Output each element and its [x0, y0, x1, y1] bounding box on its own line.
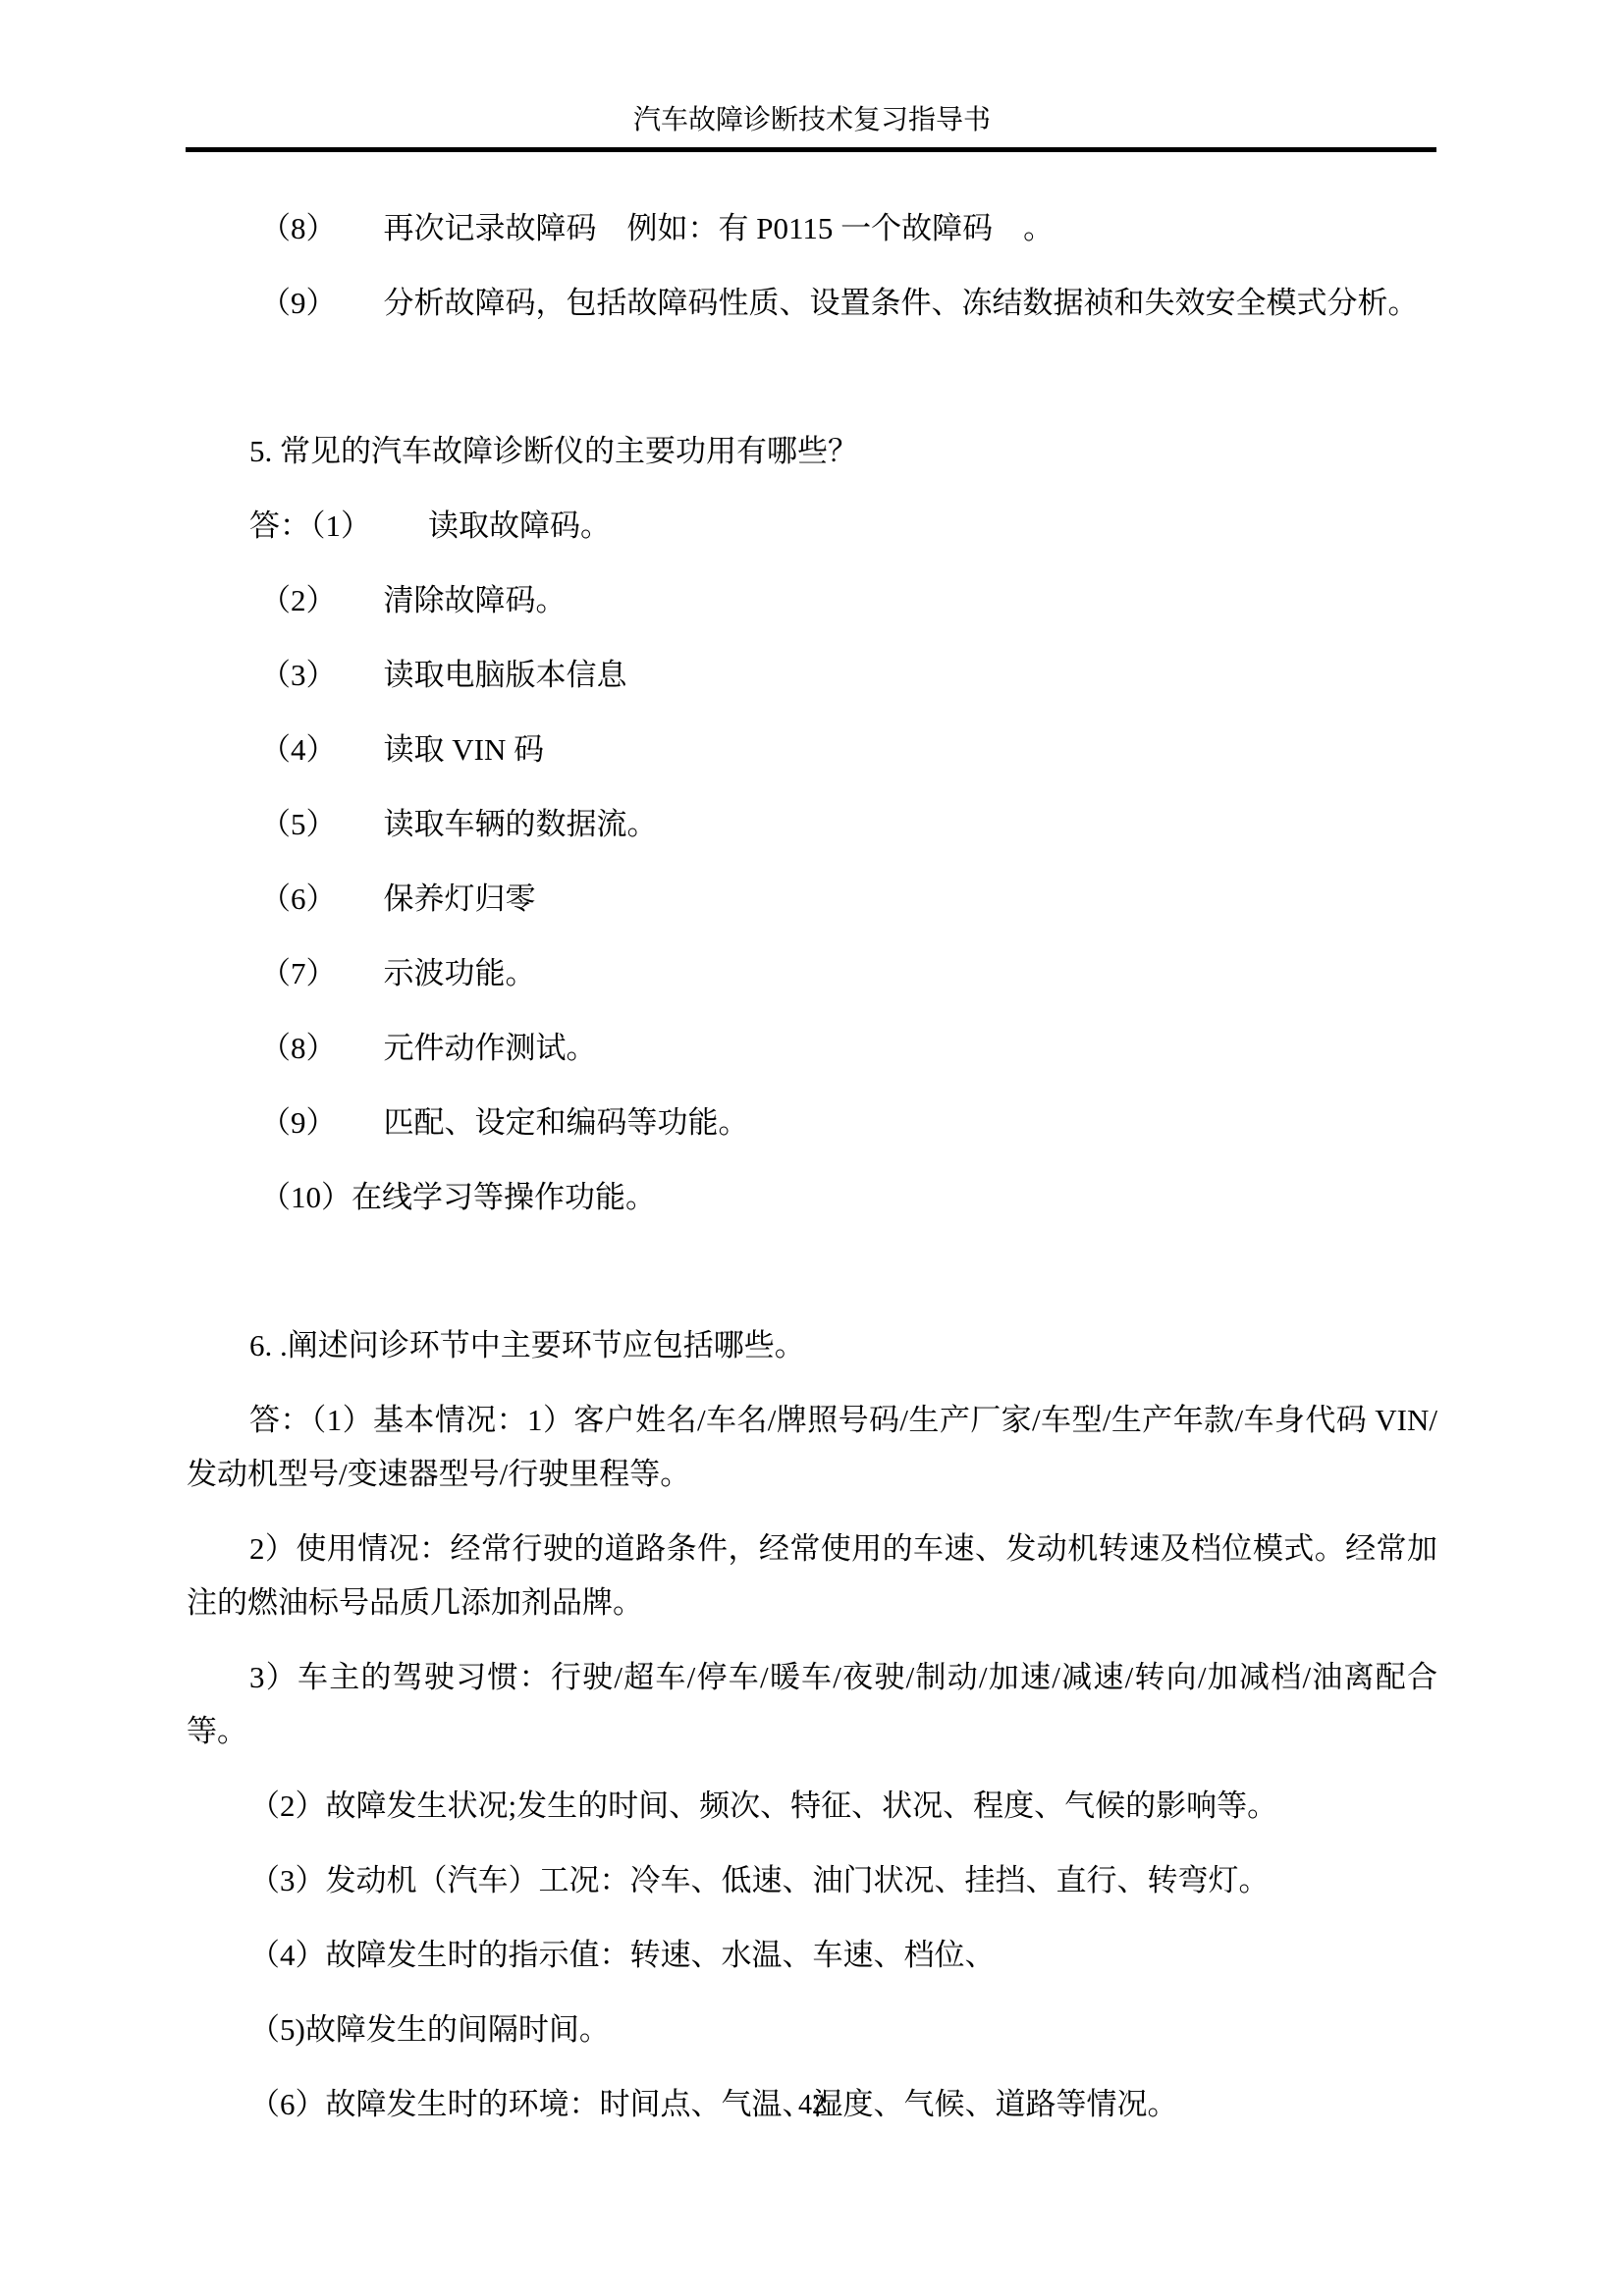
answer-paragraph: 答：（1）基本情况：1）客户姓名/车名/牌照号码/生产厂家/车型/生产年款/车身… [187, 1393, 1437, 1501]
answer-paragraph: 3）车主的驾驶习惯：行驶/超车/停车/暖车/夜驶/制动/加速/减速/转向/加减档… [187, 1650, 1437, 1758]
item-number: （2） [260, 583, 337, 617]
list-item: （8）再次记录故障码 例如：有 P0115 一个故障码 。 [187, 201, 1437, 255]
question-5-heading: 5. 常见的汽车故障诊断仪的主要功用有哪些？ [187, 424, 1437, 478]
item-number: （6） [260, 881, 337, 916]
list-item: （10）在线学习等操作功能。 [187, 1170, 1437, 1224]
item-number: （8） [260, 1031, 337, 1065]
item-text: 读取 VIN 码 [384, 732, 545, 767]
blank-line [187, 350, 1437, 424]
page-number: 42 [0, 2089, 1624, 2122]
list-item: （6）保养灯归零 [187, 872, 1437, 926]
item-text: 元件动作测试。 [384, 1031, 597, 1065]
item-number: （9） [260, 1105, 337, 1140]
answer-label: 答：（1） [249, 508, 371, 543]
question-6-heading: 6. .阐述问诊环节中主要环节应包括哪些。 [187, 1318, 1437, 1372]
item-number: （3） [260, 658, 337, 692]
item-text: 分析故障码，包括故障码性质、设置条件、冻结数据祯和失效安全模式分析。 [384, 286, 1419, 320]
answer-text: 读取故障码。 [428, 508, 611, 543]
page-content: （8）再次记录故障码 例如：有 P0115 一个故障码 。 （9）分析故障码，包… [187, 201, 1437, 2152]
item-text: 匹配、设定和编码等功能。 [384, 1105, 749, 1140]
list-item: （4）读取 VIN 码 [187, 722, 1437, 776]
list-item: （3）读取电脑版本信息 [187, 648, 1437, 702]
item-text: 读取车辆的数据流。 [384, 807, 658, 841]
document-page: 汽车故障诊断技术复习指导书 （8）再次记录故障码 例如：有 P0115 一个故障… [0, 0, 1624, 2296]
item-text: 保养灯归零 [384, 881, 536, 916]
item-text: 再次记录故障码 例如：有 P0115 一个故障码 。 [384, 211, 1055, 245]
blank-line [187, 1245, 1437, 1318]
list-item: （5）读取车辆的数据流。 [187, 797, 1437, 851]
item-text: 读取电脑版本信息 [384, 658, 627, 692]
header-rule [186, 147, 1436, 152]
answer-paragraph: （3）发动机（汽车）工况：冷车、低速、油门状况、挂挡、直行、转弯灯。 [187, 1853, 1437, 1907]
answer-paragraph: （2）故障发生状况;发生的时间、频次、特征、状况、程度、气候的影响等。 [187, 1779, 1437, 1833]
item-number: （9） [260, 286, 337, 320]
answer-paragraph: （5)故障发生的间隔时间。 [187, 2002, 1437, 2056]
item-number: （4） [260, 732, 337, 767]
page-header-title: 汽车故障诊断技术复习指导书 [0, 104, 1624, 137]
list-item: （9）分析故障码，包括故障码性质、设置条件、冻结数据祯和失效安全模式分析。 [187, 276, 1437, 330]
answer-line: 答：（1）读取故障码。 [187, 499, 1437, 553]
item-number: （8） [260, 211, 337, 245]
answer-paragraph: （4）故障发生时的指示值：转速、水温、车速、档位、 [187, 1928, 1437, 1982]
item-text: 示波功能。 [384, 956, 536, 990]
item-number: （7） [260, 956, 337, 990]
list-item: （9）匹配、设定和编码等功能。 [187, 1095, 1437, 1149]
list-item: （8）元件动作测试。 [187, 1021, 1437, 1075]
item-number: （5） [260, 807, 337, 841]
list-item: （2）清除故障码。 [187, 573, 1437, 627]
item-text: 清除故障码。 [384, 583, 567, 617]
answer-paragraph: 2）使用情况：经常行驶的道路条件，经常使用的车速、发动机转速及档位模式。经常加注… [187, 1522, 1437, 1629]
list-item: （7）示波功能。 [187, 946, 1437, 1000]
